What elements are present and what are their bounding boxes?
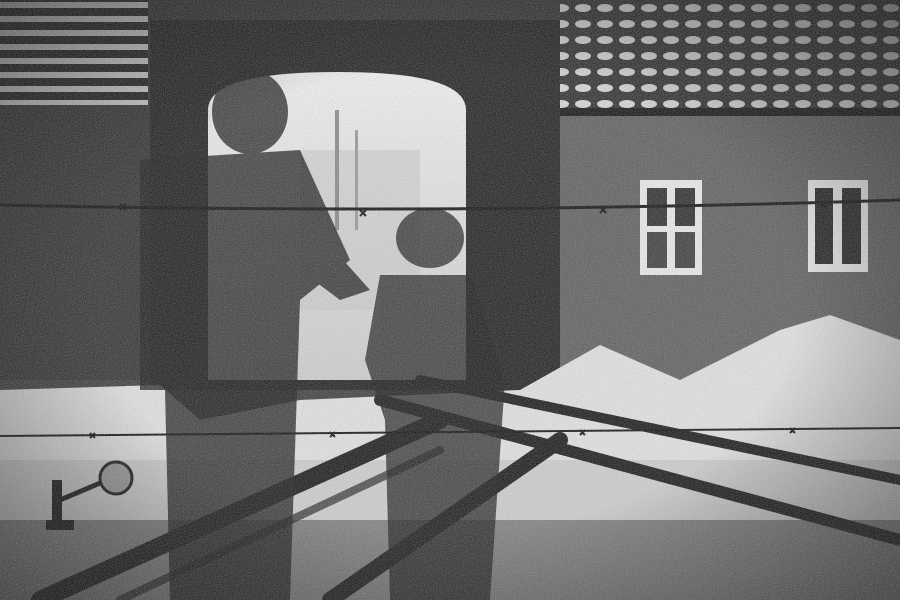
- photograph: [0, 0, 900, 600]
- film-grain: [0, 0, 900, 600]
- scene: [0, 0, 900, 600]
